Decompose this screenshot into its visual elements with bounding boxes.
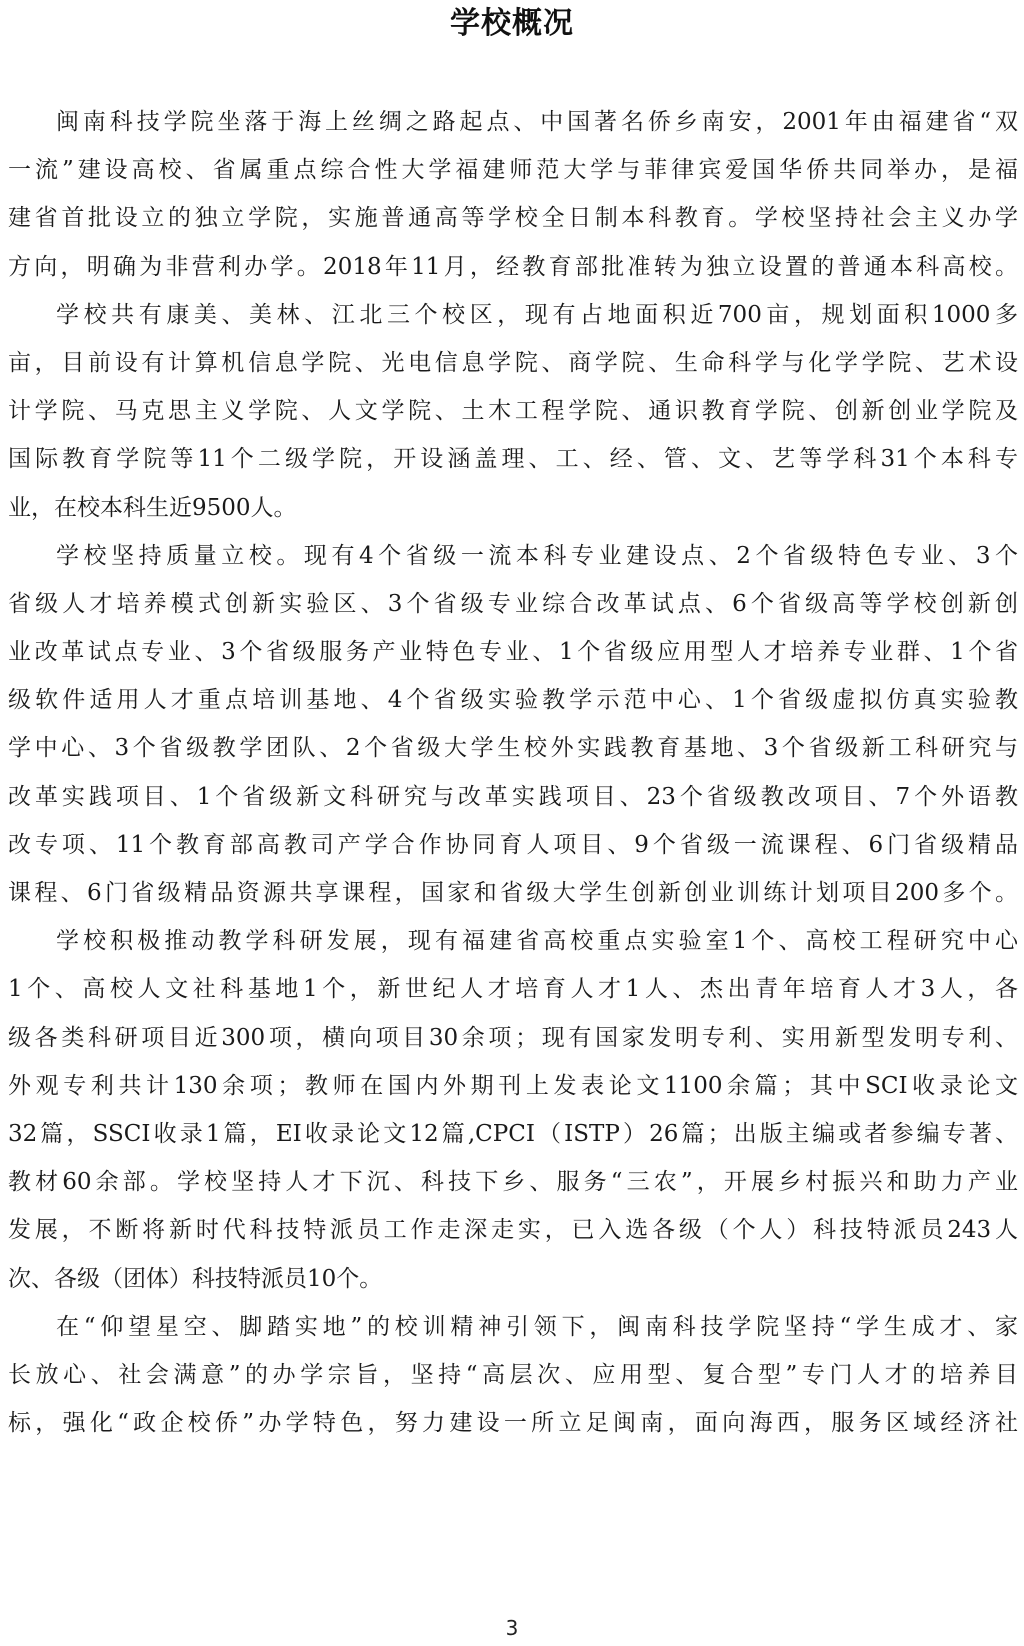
page-number: 3 <box>0 1614 1024 1642</box>
text-line: 在“仰望星空、脚踏实地”的校训精神引领下，闽南科技学院坚持“学生成才、家 <box>8 1303 1018 1351</box>
paragraph-2: 学校共有康美、美林、江北三个校区，现有占地面积近700亩，规划面积1000多 亩… <box>8 291 1018 532</box>
text-line: 级软件适用人才重点培训基地、4个省级实验教学示范中心、1个省级虚拟仿真实验教 <box>8 676 1018 724</box>
text-line: 改专项、11个教育部高教司产学合作协同育人项目、9个省级一流课程、6门省级精品 <box>8 821 1018 869</box>
text-line: 标，强化“政企校侨”办学特色，努力建设一所立足闽南，面向海西，服务区域经济社 <box>8 1399 1018 1447</box>
text-line: 闽南科技学院坐落于海上丝绸之路起点、中国著名侨乡南安，2001年由福建省“双 <box>8 98 1018 146</box>
text-line: 级各类科研项目近300项，横向项目30余项；现有国家发明专利、实用新型发明专利、 <box>8 1014 1018 1062</box>
text-line: 学校坚持质量立校。现有4个省级一流本科专业建设点、2个省级特色专业、3个 <box>8 532 1018 580</box>
text-line: 次、各级（团体）科技特派员10个。 <box>8 1255 1018 1303</box>
text-line: 方向，明确为非营利办学。2018年11月，经教育部批准转为独立设置的普通本科高校… <box>8 243 1018 291</box>
text-line: 发展，不断将新时代科技特派员工作走深走实，已入选各级（个人）科技特派员243人 <box>8 1206 1018 1254</box>
page-title: 学校概况 <box>0 2 1024 46</box>
paragraph-1: 闽南科技学院坐落于海上丝绸之路起点、中国著名侨乡南安，2001年由福建省“双 一… <box>8 98 1018 291</box>
text-line: 课程、6门省级精品资源共享课程，国家和省级大学生创新创业训练计划项目200多个。 <box>8 869 1018 917</box>
document-body: 闽南科技学院坐落于海上丝绸之路起点、中国著名侨乡南安，2001年由福建省“双 一… <box>8 98 1018 1447</box>
text-line: 学校共有康美、美林、江北三个校区，现有占地面积近700亩，规划面积1000多 <box>8 291 1018 339</box>
text-line: 学校积极推动教学科研发展，现有福建省高校重点实验室1个、高校工程研究中心 <box>8 917 1018 965</box>
text-line: 业改革试点专业、3个省级服务产业特色专业、1个省级应用型人才培养专业群、1个省 <box>8 628 1018 676</box>
text-line: 1个、高校人文社科基地1个，新世纪人才培育人才1人、杰出青年培育人才3人，各 <box>8 965 1018 1013</box>
text-line: 省级人才培养模式创新实验区、3个省级专业综合改革试点、6个省级高等学校创新创 <box>8 580 1018 628</box>
text-line: 外观专利共计130余项；教师在国内外期刊上发表论文1100余篇；其中SCI收录论… <box>8 1062 1018 1110</box>
text-line: 学中心、3个省级教学团队、2个省级大学生校外实践教育基地、3个省级新工科研究与 <box>8 724 1018 772</box>
text-line: 建省首批设立的独立学院，实施普通高等学校全日制本科教育。学校坚持社会主义办学 <box>8 194 1018 242</box>
text-line: 亩，目前设有计算机信息学院、光电信息学院、商学院、生命科学与化学学院、艺术设 <box>8 339 1018 387</box>
paragraph-3: 学校坚持质量立校。现有4个省级一流本科专业建设点、2个省级特色专业、3个 省级人… <box>8 532 1018 918</box>
text-line: 长放心、社会满意”的办学宗旨，坚持“高层次、应用型、复合型”专门人才的培养目 <box>8 1351 1018 1399</box>
text-line: 业，在校本科生近9500人。 <box>8 484 1018 532</box>
text-line: 国际教育学院等11个二级学院，开设涵盖理、工、经、管、文、艺等学科31个本科专 <box>8 435 1018 483</box>
text-line: 一流”建设高校、省属重点综合性大学福建师范大学与菲律宾爱国华侨共同举办，是福 <box>8 146 1018 194</box>
text-line: 教材60余部。学校坚持人才下沉、科技下乡、服务“三农”，开展乡村振兴和助力产业 <box>8 1158 1018 1206</box>
paragraph-5: 在“仰望星空、脚踏实地”的校训精神引领下，闽南科技学院坚持“学生成才、家 长放心… <box>8 1303 1018 1448</box>
text-line: 32篇，SSCI收录1篇，EI收录论文12篇,CPCI（ISTP）26篇；出版主… <box>8 1110 1018 1158</box>
paragraph-4: 学校积极推动教学科研发展，现有福建省高校重点实验室1个、高校工程研究中心 1个、… <box>8 917 1018 1303</box>
text-line: 改革实践项目、1个省级新文科研究与改革实践项目、23个省级教改项目、7个外语教 <box>8 773 1018 821</box>
text-line: 计学院、马克思主义学院、人文学院、土木工程学院、通识教育学院、创新创业学院及 <box>8 387 1018 435</box>
